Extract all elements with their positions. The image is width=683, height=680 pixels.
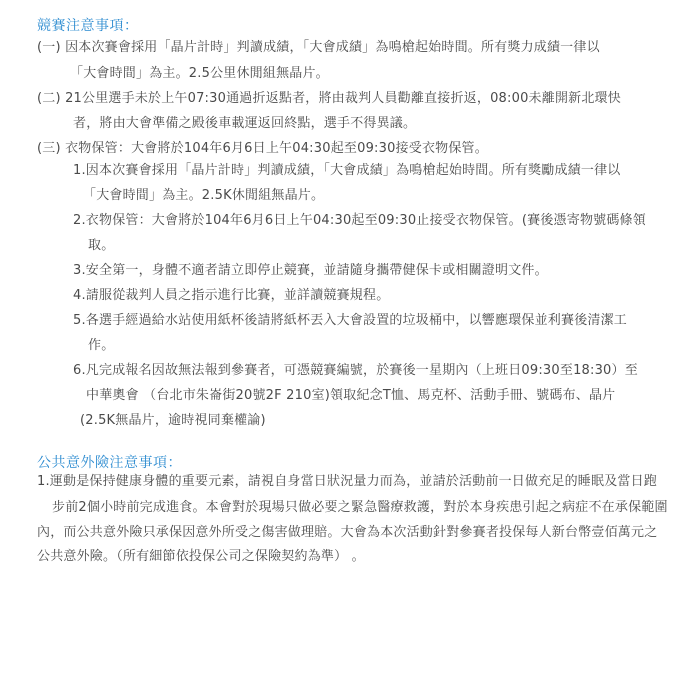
subitem-6-cont: 中華奧會 （台北市朱崙街20號2F 210室)領取紀念T恤、馬克杯、活動手冊、號… (86, 388, 615, 404)
subitem-2: 2.衣物保管：大會將於104年6月6日上午04:30起至09:30止接受衣物保管… (73, 213, 646, 229)
subitem-6: 6.凡完成報名因故無法報到參賽者，可憑競賽編號，於賽後一星期內（上班日09:30… (73, 363, 638, 379)
subitem-4: 4.請服從裁判人員之指示進行比賽，並詳讀競賽規程。 (73, 288, 389, 304)
insurance-line-4: 公共意外險。（所有細節依投保公司之保險契約為準） 。 (37, 549, 365, 565)
subitem-5: 5.各選手經過給水站使用紙杯後請將紙杯丟入大會設置的垃圾桶中，以響應環保並利賽後… (73, 313, 627, 329)
notice-item-2: (二) 21公里選手未於上午07:30通過折返點者，將由裁判人員勸離直接折返，0… (37, 91, 621, 107)
subitem-5-cont: 作。 (88, 338, 114, 354)
insurance-line-3: 內，而公共意外險只承保因意外所受之傷害做理賠。大會為本次活動針對參賽者投保每人新… (37, 525, 657, 541)
subitem-3: 3.安全第一，身體不適者請立即停止競賽，並請隨身攜帶健保卡或相關證明文件。 (73, 263, 548, 279)
notice-item-1: (一) 因本次賽會採用「晶片計時」判讀成績，「大會成績」為鳴槍起始時間。所有獎力… (37, 40, 600, 56)
subitem-1: 1.因本次賽會採用「晶片計時」判讀成績，「大會成績」為鳴槍起始時間。所有獎勵成績… (73, 163, 621, 179)
insurance-line-1: 1.運動是保持健康身體的重要元素，請視自身當日狀況量力而為，並請於活動前一日做充… (37, 474, 657, 490)
notice-item-3: (三) 衣物保管：大會將於104年6月6日上午04:30起至09:30接受衣物保… (37, 141, 488, 157)
insurance-notice-heading: 公共意外險注意事項： (37, 452, 182, 472)
insurance-line-2: 步前2個小時前完成進食。本會對於現場只做必要之緊急醫療救護，對於本身疾患引起之病… (52, 500, 668, 516)
subitem-1-cont: 「大會時間」為主。2.5K休閒組無晶片。 (83, 188, 324, 204)
subitem-2-cont: 取。 (88, 238, 114, 254)
notice-item-2-cont: 者，將由大會準備之殿後車載運返回終點，選手不得異議。 (73, 116, 416, 132)
notice-page: 競賽注意事項： (一) 因本次賽會採用「晶片計時」判讀成績，「大會成績」為鳴槍起… (0, 0, 683, 680)
subitem-6-note: (2.5K無晶片，逾時視同棄權論) (80, 413, 266, 429)
competition-notice-heading: 競賽注意事項： (37, 15, 139, 35)
notice-item-1-cont: 「大會時間」為主。2.5公里休閒組無晶片。 (70, 66, 329, 82)
